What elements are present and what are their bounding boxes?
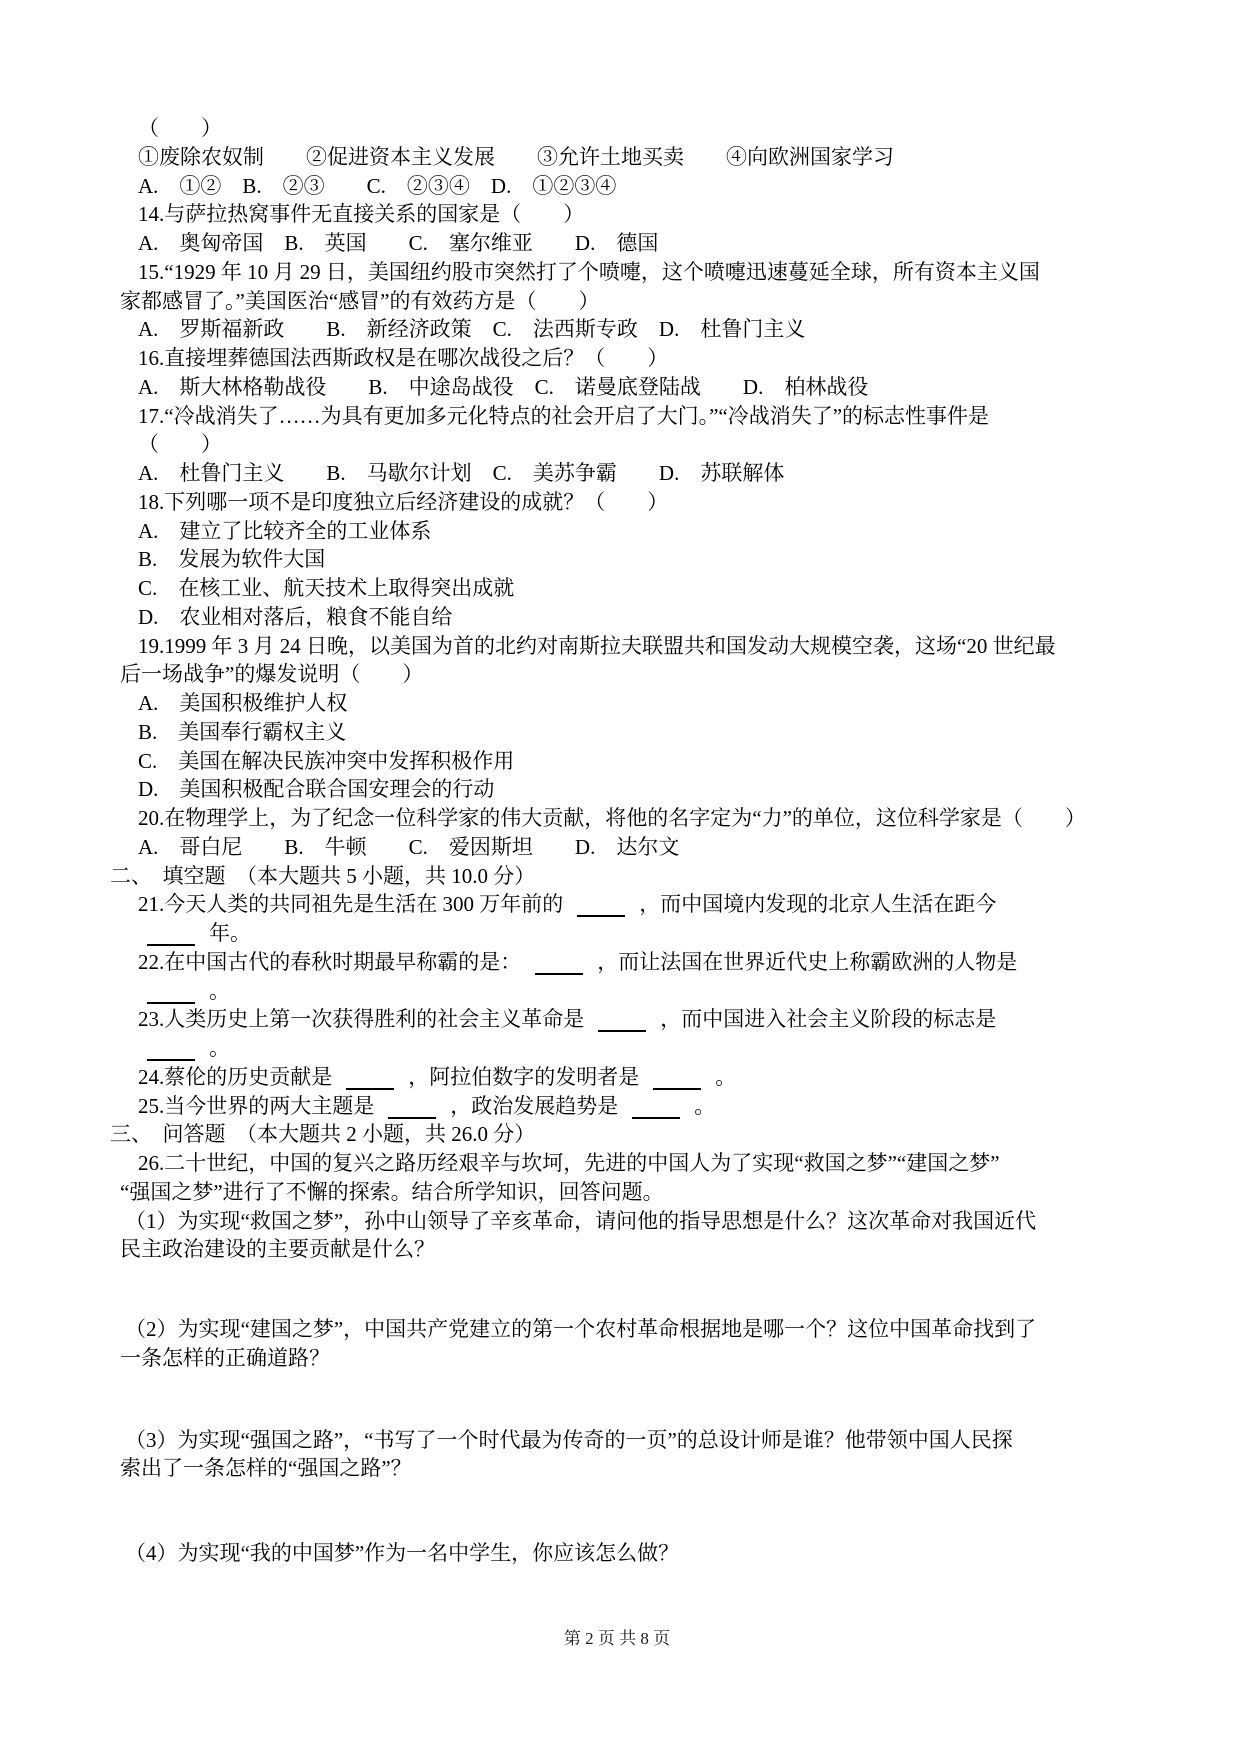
text-segment: 。 [209,1036,230,1060]
text-segment: B. 发展为软件大国 [138,547,325,571]
question-20: 20.在物理学上，为了纪念一位科学家的伟大贡献，将他的名字定为“力”的单位，这位… [138,804,1234,833]
answer-blank [147,990,195,1004]
answer-blank [346,1076,394,1090]
text-segment: 23.人类历史上第一次获得胜利的社会主义革命是 [138,1007,584,1031]
question-26-part3: （3）为实现“强国之路”，“书写了一个时代最为传奇的一页”的总设计师是谁？他带领… [125,1426,1234,1455]
page-footer: 第 2 页 共 8 页 [0,1624,1234,1649]
choice-row: A. 建立了比较齐全的工业体系 [138,517,1234,546]
text-segment: 21.今天人类的共同祖先是生活在 300 万年前的 [138,892,563,916]
text-segment: A. 罗斯福新政 B. 新经济政策 C. 法西斯专政 D. 杜鲁门主义 [138,317,805,341]
text-segment: 14.与萨拉热窝事件无直接关系的国家是（ ） [138,202,584,226]
text-segment: 24.蔡伦的历史贡献是 [138,1065,332,1089]
question-22: 22.在中国古代的春秋时期最早称霸的是：，而让法国在世界近代史上称霸欧洲的人物是 [138,948,1234,977]
text-segment: 后一场战争”的爆发说明（ ） [120,662,423,686]
text-segment: 三、 问答题 （本大题共 2 小题，共 26.0 分） [110,1122,535,1146]
question-19: 19.1999 年 3 月 24 日晚，以美国为首的北约对南斯拉夫联盟共和国发动… [138,632,1234,661]
text-segment: 19.1999 年 3 月 24 日晚，以美国为首的北约对南斯拉夫联盟共和国发动… [138,634,1056,658]
text-segment: 。 [715,1065,736,1089]
question-23: 23.人类历史上第一次获得胜利的社会主义革命是，而中国进入社会主义阶段的标志是 [138,1005,1234,1034]
text-segment: 二、 填空题 （本大题共 5 小题，共 10.0 分） [110,864,535,888]
text-segment: A. ①② B. ②③ C. ②③④ D. ①②③④ [138,174,616,198]
question-18: 18.下列哪一项不是印度独立后经济建设的成就？（ ） [138,488,1234,517]
text-segment: ①废除农奴制 ②促进资本主义发展 ③允许土地买卖 ④向欧洲国家学习 [138,145,894,169]
answer-blank [577,903,625,917]
choice-row: C. 在核工业、航天技术上取得突出成就 [138,574,1234,603]
choice-row: D. 农业相对落后，粮食不能自给 [138,603,1234,632]
text-segment: A. 美国积极维护人权 [138,691,347,715]
text-segment: 17.“冷战消失了……为具有更加多元化特点的社会开启了大门。”“冷战消失了”的标… [138,404,989,428]
choice-row: C. 美国在解决民族冲突中发挥积极作用 [138,747,1234,776]
answer-blank [598,1018,646,1032]
text-segment: A. 哥白尼 B. 牛顿 C. 爱因斯坦 D. 达尔文 [138,835,679,859]
text-segment: A. 奥匈帝国 B. 英国 C. 塞尔维亚 D. 德国 [138,231,658,255]
text-segment: （2）为实现“建国之梦”，中国共产党建立的第一个农村革命根据地是哪一个？这位中国… [125,1317,1036,1341]
question-21-cont: 年。 [133,919,1234,948]
text-segment: （ ） [138,432,222,456]
text-segment: 22.在中国古代的春秋时期最早称霸的是： [138,950,521,974]
choice-row: A. 美国积极维护人权 [138,689,1234,718]
question-26-part1-cont: 民主政治建设的主要贡献是什么？ [120,1235,1234,1264]
text-segment: 16.直接埋葬德国法西斯政权是在哪次战役之后？（ ） [138,346,668,370]
text-segment: （4）为实现“我的中国梦”作为一名中学生，你应该怎么做？ [125,1541,679,1565]
text-segment: 年。 [209,921,251,945]
text-segment: （1）为实现“救国之梦”，孙中山领导了辛亥革命，请问他的指导思想是什么？这次革命… [125,1209,1036,1233]
question-26-part2: （2）为实现“建国之梦”，中国共产党建立的第一个农村革命根据地是哪一个？这位中国… [125,1315,1234,1344]
text-segment: ，而中国进入社会主义阶段的标志是 [660,1007,996,1031]
question-26-part1: （1）为实现“救国之梦”，孙中山领导了辛亥革命，请问他的指导思想是什么？这次革命… [125,1207,1234,1236]
text-segment: B. 美国奉行霸权主义 [138,720,346,744]
answer-parens: （ ） [138,114,1234,143]
question-25: 25.当今世界的两大主题是，政治发展趋势是。 [138,1092,1234,1121]
text-segment: C. 美国在解决民族冲突中发挥积极作用 [138,749,514,773]
text-segment: 25.当今世界的两大主题是 [138,1094,374,1118]
text-segment: 18.下列哪一项不是印度独立后经济建设的成就？（ ） [138,490,668,514]
question-26-part4: （4）为实现“我的中国梦”作为一名中学生，你应该怎么做？ [125,1539,1234,1568]
text-segment: 。 [209,979,230,1003]
text-segment: 民主政治建设的主要贡献是什么？ [120,1237,435,1261]
choice-row: D. 美国积极配合联合国安理会的行动 [138,775,1234,804]
question-15: 15.“1929 年 10 月 29 日，美国纽约股市突然打了个喷嚏，这个喷嚏迅… [138,258,1234,287]
text-segment: 索出了一条怎样的“强国之路”？ [120,1456,412,1480]
text-segment: D. 农业相对落后，粮食不能自给 [138,605,452,629]
question-24: 24.蔡伦的历史贡献是，阿拉伯数字的发明者是。 [138,1063,1234,1092]
question-14: 14.与萨拉热窝事件无直接关系的国家是（ ） [138,200,1234,229]
answer-blank [653,1076,701,1090]
answer-blank [632,1105,680,1119]
statement-options: ①废除农奴制 ②促进资本主义发展 ③允许土地买卖 ④向欧洲国家学习 [138,143,1234,172]
text-segment: A. 斯大林格勒战役 B. 中途岛战役 C. 诺曼底登陆战 D. 柏林战役 [138,375,868,399]
question-21: 21.今天人类的共同祖先是生活在 300 万年前的，而中国境内发现的北京人生活在… [138,890,1234,919]
choice-row: A. 罗斯福新政 B. 新经济政策 C. 法西斯专政 D. 杜鲁门主义 [138,315,1234,344]
text-segment: （ ） [138,116,222,140]
choice-row: A. 哥白尼 B. 牛顿 C. 爱因斯坦 D. 达尔文 [138,833,1234,862]
document-body: （ ）①废除农奴制 ②促进资本主义发展 ③允许土地买卖 ④向欧洲国家学习A. ①… [120,114,1234,1568]
text-segment: （3）为实现“强国之路”，“书写了一个时代最为传奇的一页”的总设计师是谁？他带领… [125,1428,1013,1452]
text-segment: 26.二十世纪，中国的复兴之路历经艰辛与坎坷，先进的中国人为了实现“救国之梦”“… [138,1151,1000,1175]
text-segment: A. 杜鲁门主义 B. 马歇尔计划 C. 美苏争霸 D. 苏联解体 [138,461,784,485]
question-16: 16.直接埋葬德国法西斯政权是在哪次战役之后？（ ） [138,344,1234,373]
choice-row: A. 奥匈帝国 B. 英国 C. 塞尔维亚 D. 德国 [138,229,1234,258]
question-17: 17.“冷战消失了……为具有更加多元化特点的社会开启了大门。”“冷战消失了”的标… [138,402,1234,431]
text-segment: ，政治发展趋势是 [450,1094,618,1118]
text-segment: ，阿拉伯数字的发明者是 [408,1065,639,1089]
answer-parens: （ ） [138,430,1234,459]
question-26-part3-cont: 索出了一条怎样的“强国之路”？ [120,1454,1234,1483]
question-26: 26.二十世纪，中国的复兴之路历经艰辛与坎坷，先进的中国人为了实现“救国之梦”“… [138,1149,1234,1178]
text-segment: D. 美国积极配合联合国安理会的行动 [138,777,494,801]
choice-row: A. ①② B. ②③ C. ②③④ D. ①②③④ [138,172,1234,201]
text-segment: C. 在核工业、航天技术上取得突出成就 [138,576,514,600]
choice-row: B. 美国奉行霸权主义 [138,718,1234,747]
answer-blank [147,932,195,946]
text-segment: 20.在物理学上，为了纪念一位科学家的伟大贡献，将他的名字定为“力”的单位，这位… [138,806,1086,830]
choice-row: A. 杜鲁门主义 B. 马歇尔计划 C. 美苏争霸 D. 苏联解体 [138,459,1234,488]
text-segment: 家都感冒了。”美国医治“感冒”的有效药方是（ ） [120,289,599,313]
question-23-cont: 。 [133,1034,1234,1063]
question-26-part2-cont: 一条怎样的正确道路？ [120,1344,1234,1373]
text-segment: A. 建立了比较齐全的工业体系 [138,519,431,543]
answer-blank [147,1047,195,1061]
text-segment: “强国之梦”进行了不懈的探索。结合所学知识，回答问题。 [120,1180,664,1204]
text-segment: 15.“1929 年 10 月 29 日，美国纽约股市突然打了个喷嚏，这个喷嚏迅… [138,260,1040,284]
text-segment: ，而让法国在世界近代史上称霸欧洲的人物是 [597,950,1017,974]
question-19-cont: 后一场战争”的爆发说明（ ） [120,660,1234,689]
choice-row: B. 发展为软件大国 [138,545,1234,574]
question-26-cont: “强国之梦”进行了不懈的探索。结合所学知识，回答问题。 [120,1178,1234,1207]
answer-blank [535,961,583,975]
text-segment: ，而中国境内发现的北京人生活在距今 [639,892,996,916]
text-segment: 。 [694,1094,715,1118]
choice-row: A. 斯大林格勒战役 B. 中途岛战役 C. 诺曼底登陆战 D. 柏林战役 [138,373,1234,402]
section-2-header: 二、 填空题 （本大题共 5 小题，共 10.0 分） [110,862,1234,891]
exam-page: （ ）①废除农奴制 ②促进资本主义发展 ③允许土地买卖 ④向欧洲国家学习A. ①… [0,0,1234,1748]
section-3-header: 三、 问答题 （本大题共 2 小题，共 26.0 分） [110,1120,1234,1149]
text-segment: 一条怎样的正确道路？ [120,1346,330,1370]
question-22-cont: 。 [133,977,1234,1006]
question-15-cont: 家都感冒了。”美国医治“感冒”的有效药方是（ ） [120,287,1234,316]
answer-blank [388,1105,436,1119]
